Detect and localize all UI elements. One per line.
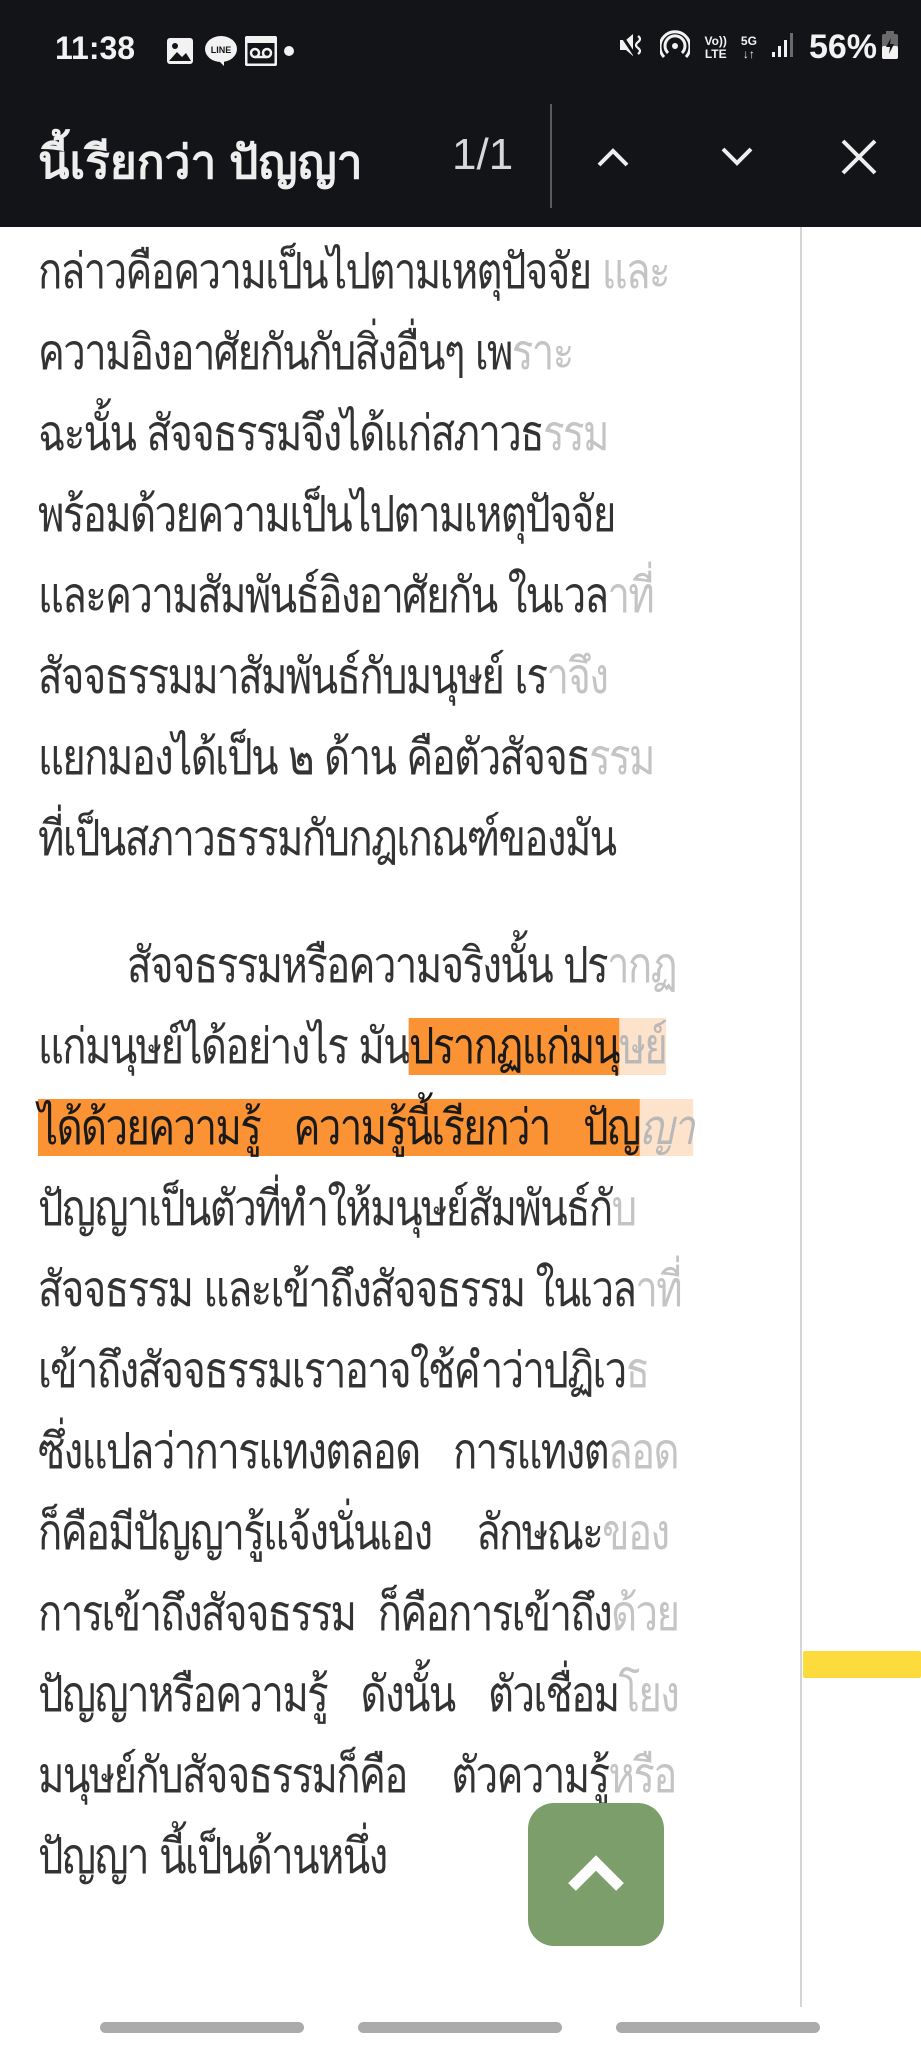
status-bar: 11:38 LINE Vo)) LTE 5G ↓↑ 56% [0, 0, 921, 102]
status-right-group: Vo)) LTE 5G ↓↑ 56% [618, 28, 899, 67]
battery-charging-icon [881, 30, 899, 65]
nav-back-pill[interactable] [616, 2022, 820, 2033]
mute-icon [618, 30, 646, 65]
notification-dot-icon [283, 36, 295, 66]
match-count: 1/1 [452, 130, 513, 180]
search-match-highlight: ได้ด้วยความรู้ ความรู้นี้เรียกว่า ปัญ [38, 1099, 640, 1156]
text-line: สัจจธรรมหรือความจริงนั้น ปรากฏ [38, 925, 731, 1006]
close-icon [840, 138, 878, 180]
search-bar-divider [550, 104, 552, 208]
5g-data-icon: 5G ↓↑ [741, 35, 757, 61]
gallery-icon [165, 36, 195, 66]
text-line: ซึ่งแปลว่าการแทงตลอด การแทงตลอด [38, 1411, 731, 1492]
text-line-with-match: ได้ด้วยความรู้ ความรู้นี้เรียกว่า ปัญญา [38, 1087, 731, 1168]
text-line: สัจจธรรม และเข้าถึงสัจจธรรม ในเวลาที่ [38, 1249, 731, 1330]
text-line-with-match: แก่มนุษย์ได้อย่างไร มันปรากฏแก่มนุษย์ [38, 1006, 731, 1087]
status-time: 11:38 [55, 30, 135, 67]
text-line: ความอิงอาศัยกันกับสิ่งอื่นๆ เพราะ [38, 312, 731, 393]
text-line: และความสัมพันธ์อิงอาศัยกัน ในเวลาที่ [38, 555, 731, 636]
chevron-up-icon [596, 146, 630, 172]
document-page[interactable]: กล่าวคือความเป็นไปตามเหตุปัจจัย และ ความ… [0, 227, 921, 2048]
find-in-page-bar: นี้เรียกว่า ปัญญา 1/1 [0, 102, 921, 227]
hotspot-icon [660, 30, 690, 65]
previous-match-button[interactable] [578, 124, 648, 194]
bottom-navigation-bar [0, 2022, 921, 2034]
search-match-highlight: ปรากฏแก่มน [409, 1018, 619, 1075]
text-line: แยกมองได้เป็น ๒ ด้าน คือตัวสัจจธรรม [38, 717, 731, 798]
text-line: ก็คือมีปัญญารู้แจ้งนั่นเอง ลักษณะของ [38, 1492, 731, 1573]
search-input[interactable]: นี้เรียกว่า ปัญญา [38, 126, 363, 199]
text-line: ปัญญาหรือความรู้ ดังนั้น ตัวเชื่อมโยง [38, 1654, 731, 1735]
close-search-button[interactable] [824, 124, 894, 194]
chevron-up-icon [566, 1853, 626, 1897]
signal-icon [771, 31, 795, 64]
page-edge-divider [800, 227, 802, 2007]
volte-icon: Vo)) LTE [704, 35, 726, 61]
next-match-button[interactable] [702, 124, 772, 194]
svg-text:LINE: LINE [211, 45, 232, 55]
scroll-position-marker[interactable] [803, 1651, 921, 1678]
text-line: พร้อมด้วยความเป็นไปตามเหตุปัจจัย [38, 474, 731, 555]
scroll-to-top-button[interactable] [528, 1803, 664, 1946]
text-line: ปัญญาเป็นตัวที่ทำให้มนุษย์สัมพันธ์กับ [38, 1168, 731, 1249]
text-line: การเข้าถึงสัจจธรรม ก็คือการเข้าถึงด้วย [38, 1573, 731, 1654]
battery-percent: 56% [809, 28, 877, 67]
nav-home-pill[interactable] [358, 2022, 562, 2033]
text-line: เข้าถึงสัจจธรรมเราอาจใช้คำว่าปฏิเวธ [38, 1330, 731, 1411]
line-app-icon: LINE [204, 36, 238, 66]
chevron-down-icon [720, 146, 754, 172]
text-line: สัจจธรรมมาสัมพันธ์กับมนุษย์ เราจึง [38, 636, 731, 717]
voicemail-icon [245, 36, 277, 66]
nav-recents-pill[interactable] [100, 2022, 304, 2033]
text-line: ฉะนั้น สัจจธรรมจึงได้แก่สภาวธรรม [38, 393, 731, 474]
text-line: ที่เป็นสภาวธรรมกับกฎเกณฑ์ของมัน [38, 798, 731, 879]
text-line: กล่าวคือความเป็นไปตามเหตุปัจจัย และ [38, 231, 731, 312]
